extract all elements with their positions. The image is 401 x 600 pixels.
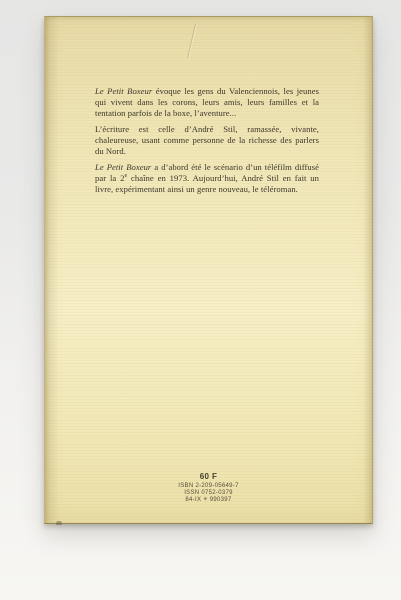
back-cover-text: Le Petit Boxeur évoque les gens du Valen…: [95, 86, 319, 200]
photo-backdrop: Le Petit Boxeur évoque les gens du Valen…: [0, 0, 401, 600]
print-date: 84-IX: [185, 497, 201, 503]
back-cover-paragraph: L’écriture est celle d’André Stil, ramas…: [95, 124, 319, 157]
cover-scratch: [187, 23, 196, 58]
printer-mark-icon: ✳: [203, 497, 208, 504]
fore-edge-shading: [363, 17, 372, 523]
book-back-cover: Le Petit Boxeur évoque les gens du Valen…: [44, 16, 373, 524]
print-number: 990397: [210, 497, 232, 503]
isbn-line: ISBN 2-209-05649-7: [45, 483, 372, 490]
price-label: 60 F: [45, 472, 372, 481]
print-code-line: 84-IX✳990397: [45, 497, 372, 504]
spine-shading: [45, 17, 59, 523]
back-cover-paragraph: Le Petit Boxeur a d’abord été le scénari…: [95, 162, 319, 195]
imprint-block: 60 F ISBN 2-209-05649-7 ISSN 0752-0379 8…: [45, 472, 372, 504]
issn-line: ISSN 0752-0379: [45, 490, 372, 497]
bottom-edge-chip: [56, 521, 62, 525]
back-cover-paragraph: Le Petit Boxeur évoque les gens du Valen…: [95, 86, 319, 119]
